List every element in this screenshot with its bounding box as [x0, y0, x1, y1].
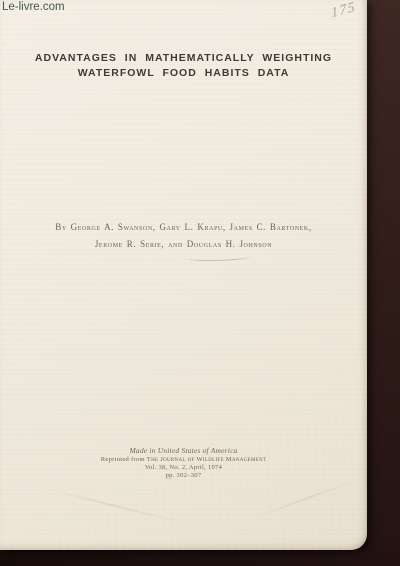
- imprint-reprinted-from: Reprinted from The Journal of Wildlife M…: [0, 456, 367, 464]
- book-listing-photo: Le-livre.com 175 ADVANTAGES IN MATHEMATI…: [0, 0, 400, 566]
- site-watermark: Le-livre.com: [2, 0, 65, 14]
- authors-line1: By George A. Swanson, Gary L. Krapu, Jam…: [0, 219, 367, 236]
- imprint-pages: pp. 302–307: [0, 472, 367, 480]
- imprint-journal-name: The Journal of Wildlife Management: [147, 456, 266, 463]
- imprint-volume: Vol. 38, No. 2, April, 1974: [0, 464, 367, 472]
- paper-crease: [42, 487, 188, 525]
- imprint-block: Made in United States of America Reprint…: [0, 446, 367, 480]
- authors-byline: By George A. Swanson, Gary L. Krapu, Jam…: [0, 219, 367, 252]
- pencil-smudge-mark: [188, 253, 250, 262]
- authors-line2: Jerome R. Serie, and Douglas H. Johnson: [0, 236, 367, 253]
- article-title-line2: WATERFOWL FOOD HABITS DATA: [0, 66, 367, 81]
- imprint-made-in: Made in United States of America: [0, 446, 367, 456]
- imprint-reprinted-prefix: Reprinted from: [101, 456, 147, 463]
- article-title-line1: ADVANTAGES IN MATHEMATICALLY WEIGHTING: [0, 51, 367, 66]
- paper-crease: [253, 479, 357, 519]
- article-title: ADVANTAGES IN MATHEMATICALLY WEIGHTING W…: [0, 51, 367, 81]
- handwritten-price-note: 175: [330, 0, 357, 23]
- scanned-offprint-cover: Le-livre.com 175 ADVANTAGES IN MATHEMATI…: [0, 0, 367, 550]
